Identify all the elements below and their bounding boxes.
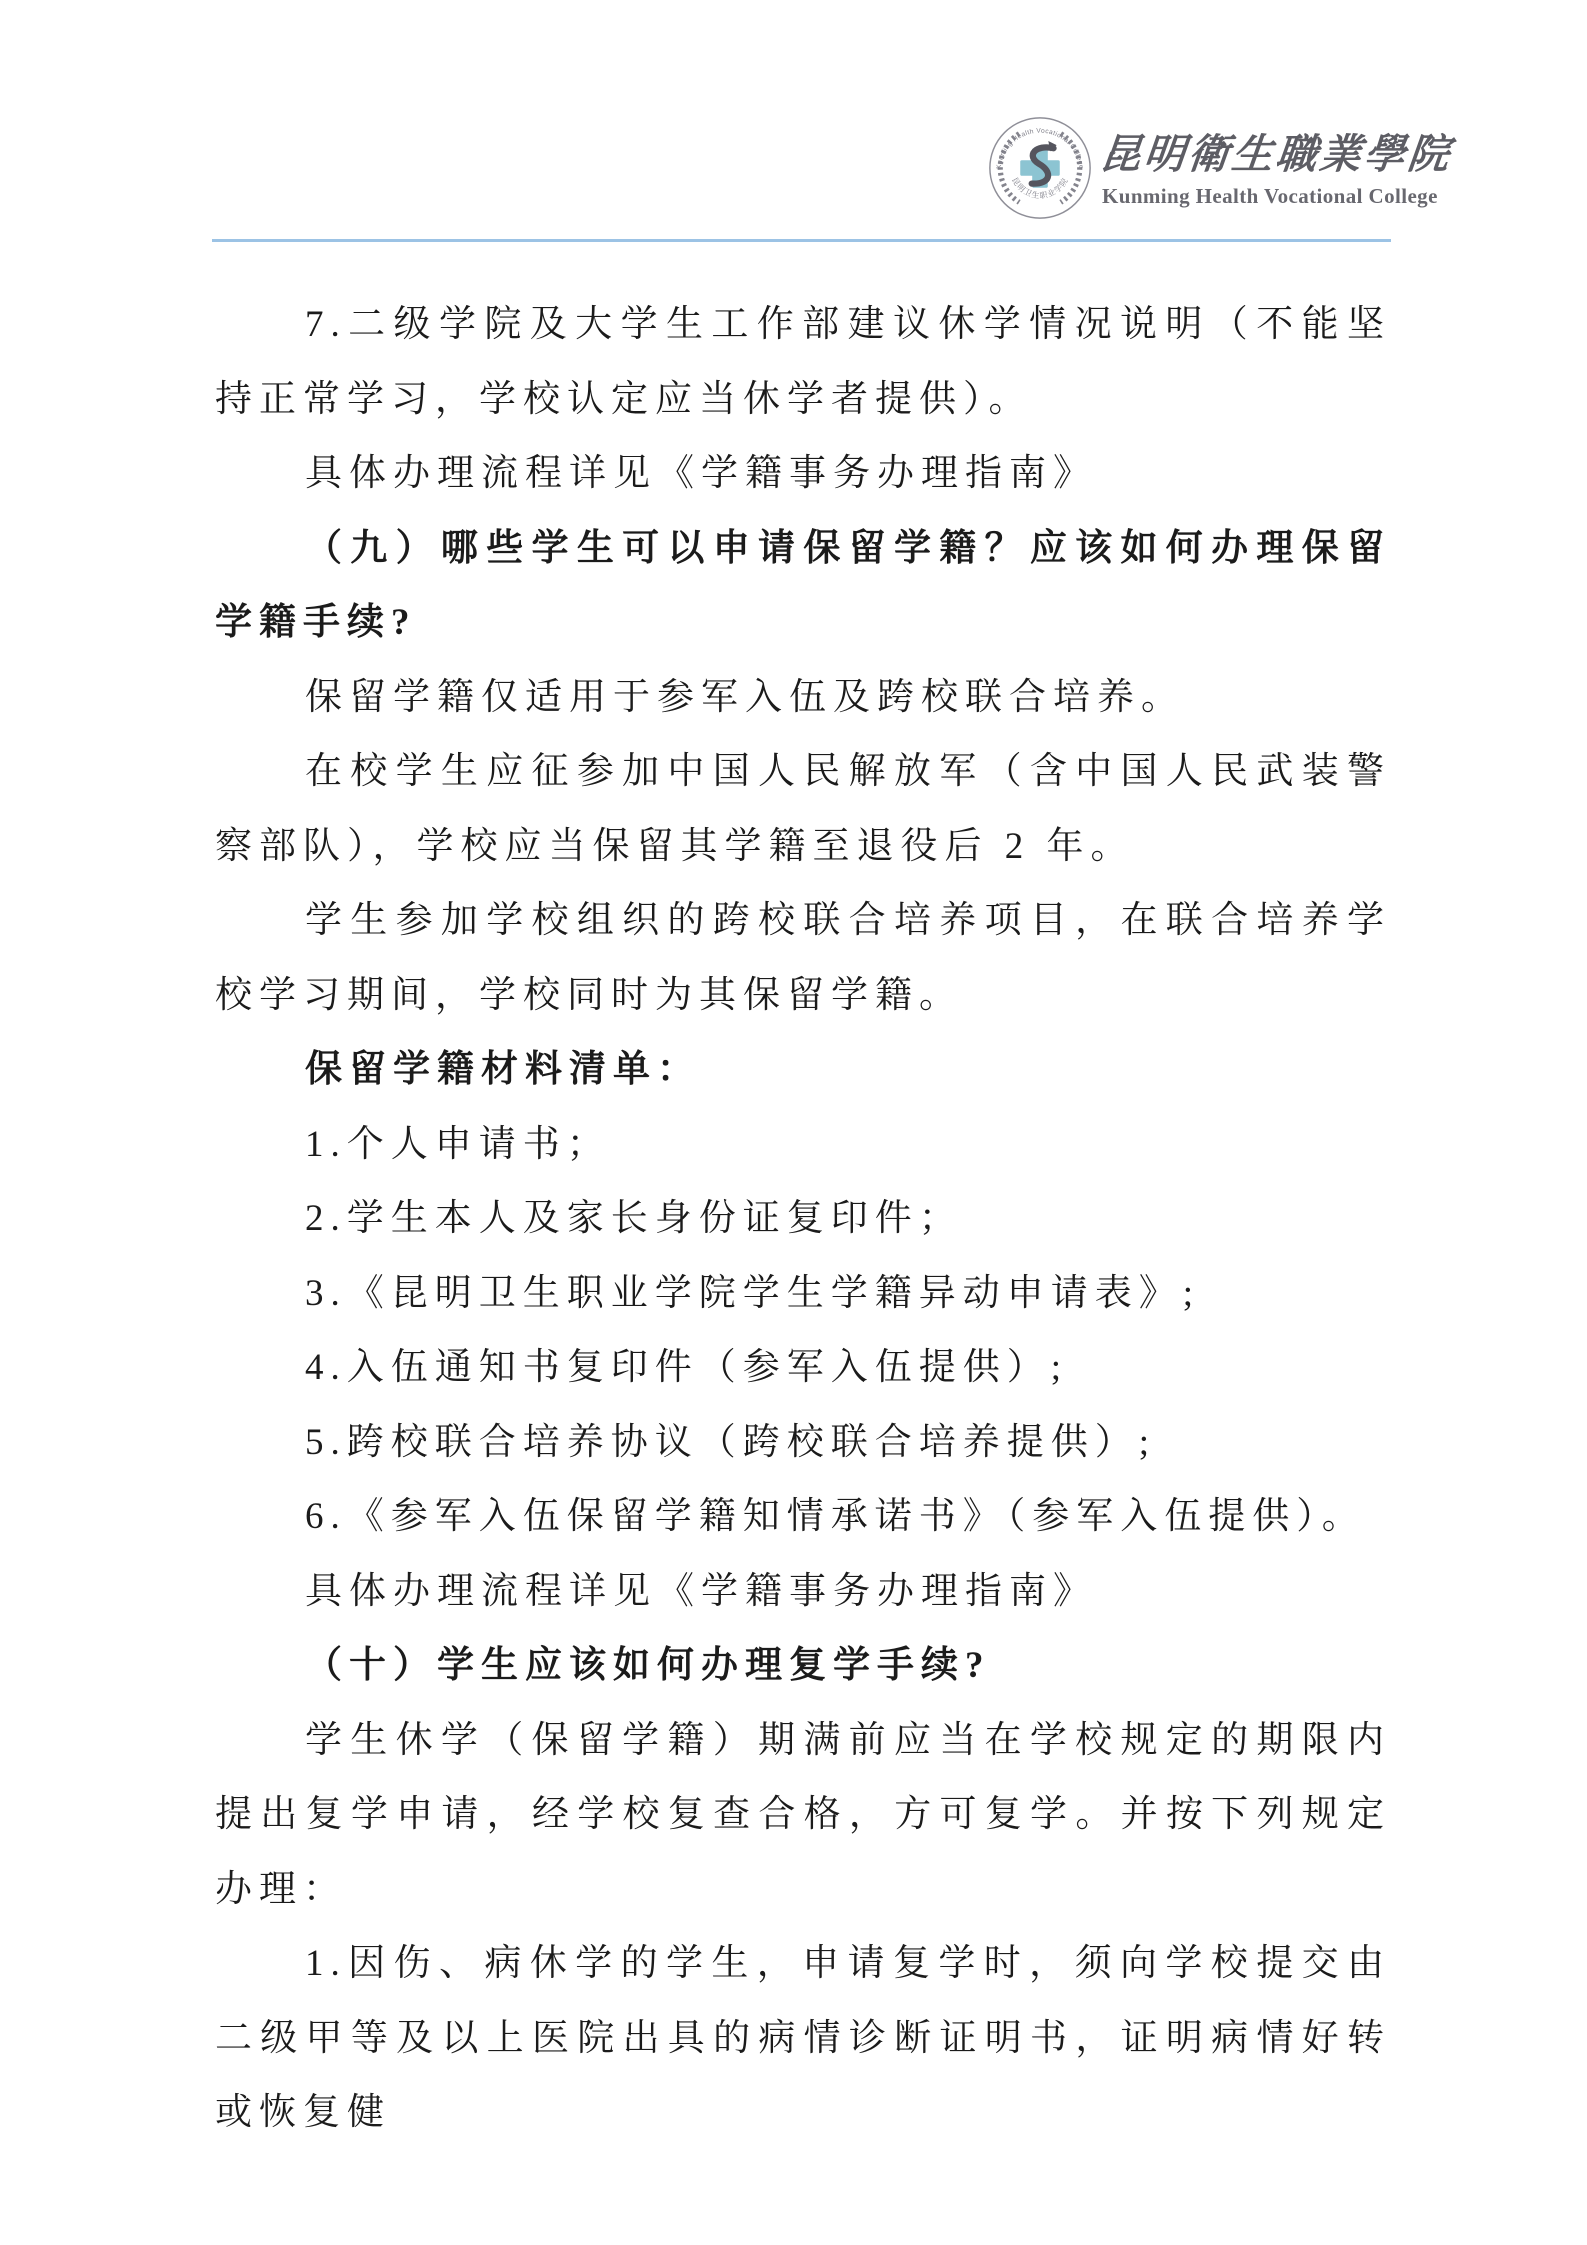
- document-paragraph: 1.个人申请书；: [215, 1108, 1391, 1183]
- college-name-calligraphy: 昆明衛生職業學院: [1098, 132, 1455, 176]
- document-heading: （九）哪些学生可以申请保留学籍？应该如何办理保留学籍手续?: [215, 512, 1391, 661]
- document-heading: 保留学籍材料清单：: [215, 1033, 1391, 1108]
- document-paragraph: 具体办理流程详见《学籍事务办理指南》: [215, 437, 1391, 512]
- header-divider: [212, 239, 1391, 242]
- document-paragraph: 1.因伤、病休学的学生，申请复学时，须向学校提交由二级甲等及以上医院出具的病情诊…: [215, 1927, 1391, 2151]
- document-paragraph: 4.入伍通知书复印件（参军入伍提供）;: [215, 1331, 1391, 1406]
- document-paragraph: 5.跨校联合培养协议（跨校联合培养提供）;: [215, 1406, 1391, 1481]
- document-paragraph: 6.《参军入伍保留学籍知情承诺书》（参军入伍提供）。: [215, 1480, 1391, 1555]
- document-paragraph: 3.《昆明卫生职业学院学生学籍异动申请表》;: [215, 1257, 1391, 1332]
- document-paragraph: 具体办理流程详见《学籍事务办理指南》: [215, 1555, 1391, 1630]
- college-logo: Kunming Health Vocational College 昆明卫生职业…: [988, 116, 1458, 224]
- document-paragraph: 在校学生应征参加中国人民解放军（含中国人民武装警察部队），学校应当保留其学籍至退…: [215, 735, 1391, 884]
- document-heading: （十）学生应该如何办理复学手续?: [215, 1629, 1391, 1704]
- document-paragraph: 学生参加学校组织的跨校联合培养项目，在联合培养学校学习期间，学校同时为其保留学籍…: [215, 884, 1391, 1033]
- college-name-english: Kunming Health Vocational College: [1102, 184, 1454, 208]
- document-page: Kunming Health Vocational College 昆明卫生职业…: [0, 0, 1587, 2245]
- document-paragraph: 学生休学（保留学籍）期满前应当在学校规定的期限内提出复学申请，经学校复查合格，方…: [215, 1704, 1391, 1928]
- document-paragraph: 2.学生本人及家长身份证复印件；: [215, 1182, 1391, 1257]
- document-paragraph: 保留学籍仅适用于参军入伍及跨校联合培养。: [215, 661, 1391, 736]
- document-paragraph: 7.二级学院及大学生工作部建议休学情况说明（不能坚持正常学习，学校认定应当休学者…: [215, 288, 1391, 437]
- document-body: 7.二级学院及大学生工作部建议休学情况说明（不能坚持正常学习，学校认定应当休学者…: [215, 288, 1391, 2151]
- college-seal-icon: Kunming Health Vocational College 昆明卫生职业…: [988, 116, 1092, 220]
